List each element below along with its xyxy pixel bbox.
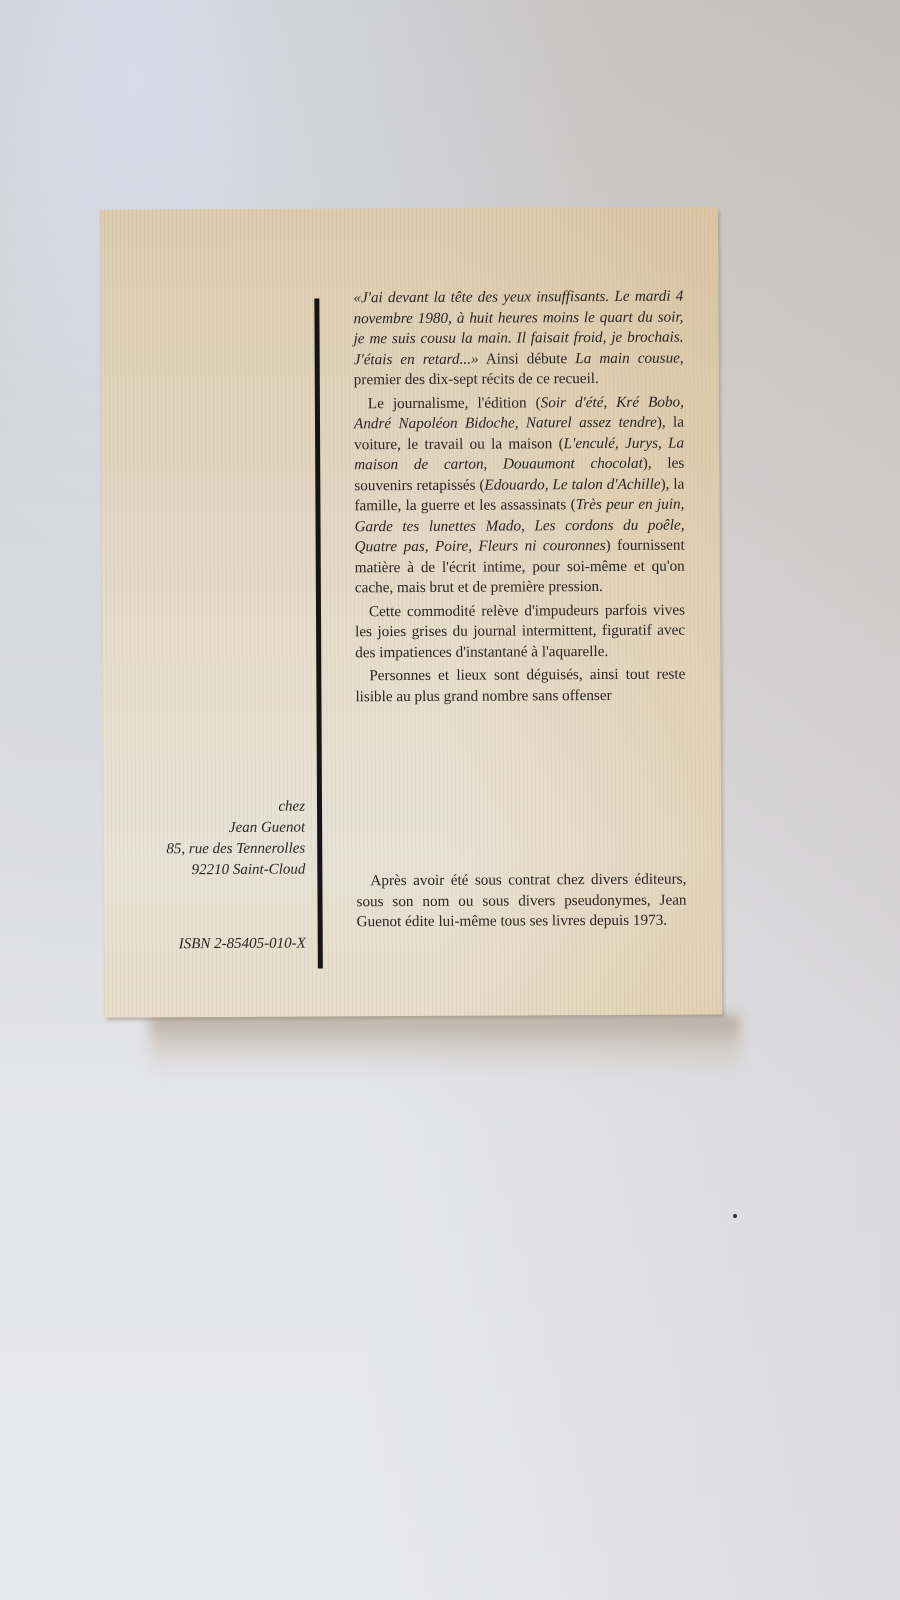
imprint-line-1: chez — [123, 797, 305, 819]
blurb-paragraph-4: Personnes et lieux sont déguisés, ainsi … — [355, 665, 685, 708]
imprint-publisher-name: Jean Guenot — [123, 818, 305, 840]
imprint-city: 92210 Saint-Cloud — [123, 860, 305, 882]
publisher-imprint: chez Jean Guenot 85, rue des Tennerolles… — [123, 797, 305, 882]
blurb-paragraph-1: «J'ai devant la tête des yeux insuffisan… — [353, 287, 684, 391]
book-back-cover: «J'ai devant la tête des yeux insuffisan… — [100, 206, 722, 1017]
story-title: La main cousue — [575, 349, 680, 367]
blurb-paragraph-2: Le journalisme, l'édition (Soir d'été, K… — [354, 392, 685, 599]
book-shadow — [150, 1015, 740, 1075]
dust-speck — [733, 1214, 737, 1218]
vertical-rule — [314, 298, 323, 968]
blurb: «J'ai devant la tête des yeux insuffisan… — [353, 287, 685, 711]
blurb-paragraph-3: Cette commodité relève d'impudeurs parfo… — [355, 600, 685, 663]
isbn: ISBN 2-85405-010-X — [124, 934, 306, 955]
author-bio: Après avoir été sous contrat chez divers… — [356, 870, 686, 933]
imprint-street: 85, rue des Tennerolles — [123, 839, 305, 861]
author-bio-text: Après avoir été sous contrat chez divers… — [356, 870, 686, 933]
